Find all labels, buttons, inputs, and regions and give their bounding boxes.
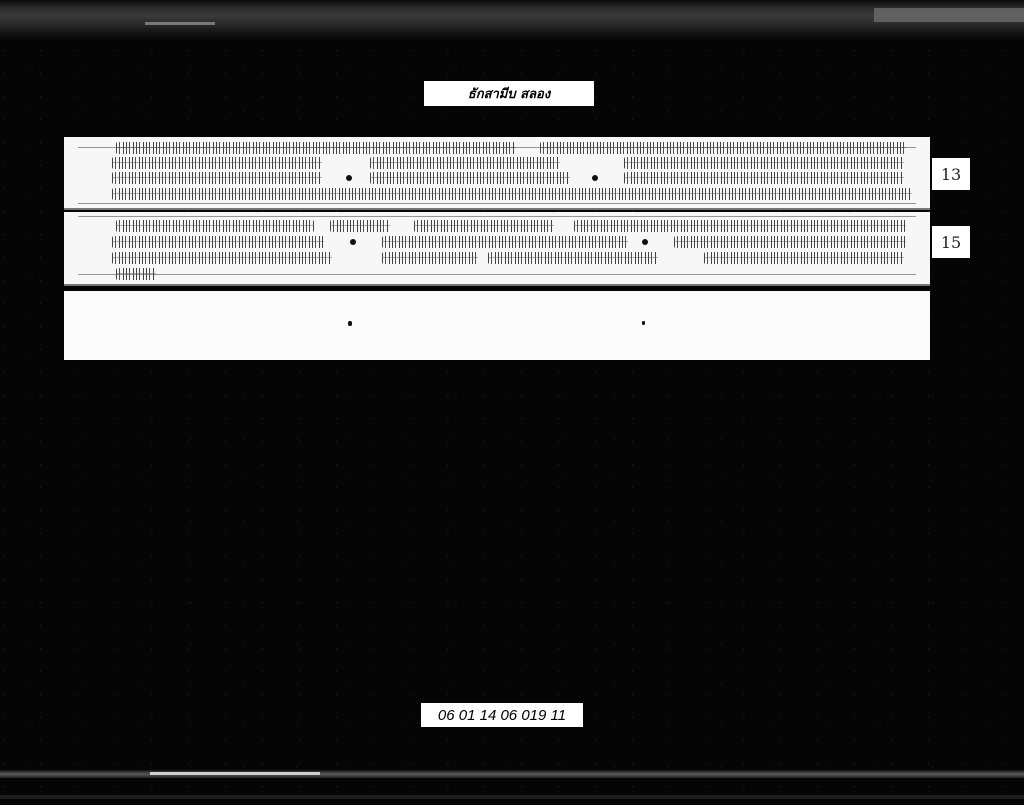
script-line xyxy=(540,142,906,154)
microfilm-code-label: 06 01 14 06 019 11 xyxy=(421,703,583,727)
script-line xyxy=(112,157,322,169)
script-line xyxy=(382,236,628,248)
ink-speck xyxy=(348,321,352,326)
script-line xyxy=(112,188,912,200)
script-line xyxy=(382,252,478,264)
script-line xyxy=(704,252,904,264)
script-line xyxy=(112,252,332,264)
script-line xyxy=(414,220,554,232)
script-line xyxy=(112,172,322,184)
manuscript-title-label: ธักสามีบ สลอง xyxy=(424,81,594,106)
script-line xyxy=(488,252,658,264)
script-line xyxy=(674,236,906,248)
leaf-number-15: 15 xyxy=(932,226,970,258)
leaf-number-13: 13 xyxy=(932,158,970,190)
film-noise xyxy=(0,0,1024,805)
script-line xyxy=(112,236,324,248)
ruling-line xyxy=(78,274,916,275)
manuscript-leaf-3-blank xyxy=(64,291,930,360)
film-edge-top xyxy=(0,0,1024,40)
ruling-line xyxy=(78,216,916,217)
punctuation-mark xyxy=(592,175,598,181)
script-line xyxy=(574,220,906,232)
script-line xyxy=(370,172,570,184)
punctuation-mark xyxy=(642,239,648,245)
manuscript-leaf-1 xyxy=(64,137,930,210)
film-edge-bottom-line xyxy=(0,795,1024,799)
script-line xyxy=(330,220,390,232)
film-edge-bottom xyxy=(0,770,1024,778)
punctuation-mark xyxy=(346,175,352,181)
script-line xyxy=(370,157,560,169)
script-line xyxy=(624,157,904,169)
script-line xyxy=(624,172,904,184)
ink-speck xyxy=(642,321,645,325)
script-line xyxy=(116,142,516,154)
script-line xyxy=(116,220,314,232)
ruling-line xyxy=(78,203,916,204)
manuscript-leaf-2 xyxy=(64,212,930,286)
punctuation-mark xyxy=(350,239,356,245)
